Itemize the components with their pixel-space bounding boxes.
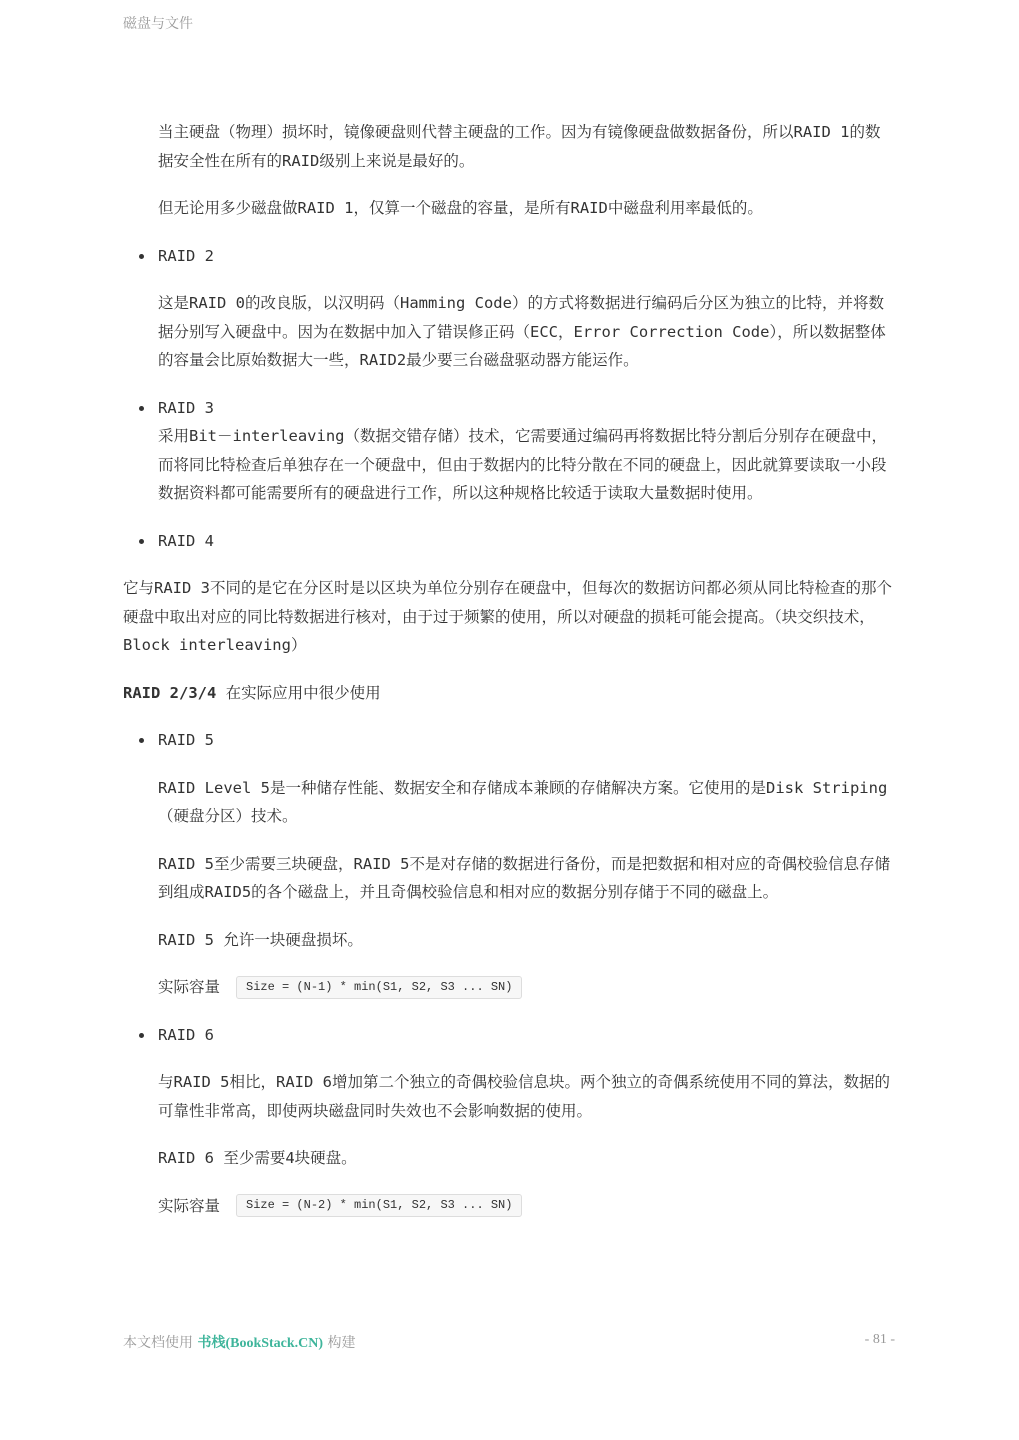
raid1-paragraph-1: 当主硬盘（物理）损坏时，镜像硬盘则代替主硬盘的工作。因为有镜像硬盘做数据备份，所… (158, 118, 895, 175)
list-item-raid4: RAID 4 (158, 527, 895, 556)
raid5-capacity-label: 实际容量 (158, 973, 220, 1002)
raid6-paragraph-2: RAID 6 至少需要4块硬盘。 (158, 1144, 895, 1173)
raid2-paragraph: 这是RAID 0的改良版，以汉明码（Hamming Code）的方式将数据进行编… (158, 289, 895, 375)
page-number: - 81 - (865, 1332, 895, 1348)
footer-credit: 本文档使用 书栈(BookStack.CN) 构建 (123, 1332, 356, 1352)
raid6-capacity-formula: Size = (N-2) * min(S1, S2, S3 ... SN) (236, 1194, 522, 1217)
raid234-note: RAID 2/3/4 在实际应用中很少使用 (123, 679, 895, 708)
raid4-paragraph: 它与RAID 3不同的是它在分区时是以区块为单位分别存在硬盘中，但每次的数据访问… (123, 574, 895, 660)
list-item-raid5: RAID 5 (158, 726, 895, 755)
running-header: 磁盘与文件 (123, 13, 193, 33)
raid6-capacity: 实际容量 Size = (N-2) * min(S1, S2, S3 ... S… (158, 1192, 895, 1221)
raid3-paragraph: 采用Bit－interleaving（数据交错存储）技术，它需要通过编码再将数据… (158, 422, 895, 508)
raid234-note-text: 在实际应用中很少使用 (216, 684, 380, 702)
raid6-capacity-label: 实际容量 (158, 1192, 220, 1221)
raid5-paragraph-3: RAID 5 允许一块硬盘损坏。 (158, 926, 895, 955)
raid5-capacity-formula: Size = (N-1) * min(S1, S2, S3 ... SN) (236, 976, 522, 999)
list-item-raid2: RAID 2 (158, 242, 895, 271)
raid5-paragraph-2: RAID 5至少需要三块硬盘，RAID 5不是对存储的数据进行备份，而是把数据和… (158, 850, 895, 907)
raid5-paragraph-1: RAID Level 5是一种储存性能、数据安全和存储成本兼顾的存储解决方案。它… (158, 774, 895, 831)
raid5-capacity: 实际容量 Size = (N-1) * min(S1, S2, S3 ... S… (158, 973, 895, 1002)
document-body: 当主硬盘（物理）损坏时，镜像硬盘则代替主硬盘的工作。因为有镜像硬盘做数据备份，所… (123, 118, 895, 1239)
footer-prefix: 本文档使用 (123, 1335, 197, 1351)
footer-suffix: 构建 (323, 1335, 355, 1351)
list-item-raid6: RAID 6 (158, 1021, 895, 1050)
raid234-note-bold: RAID 2/3/4 (123, 684, 216, 702)
raid6-paragraph-1: 与RAID 5相比，RAID 6增加第二个独立的奇偶校验信息块。两个独立的奇偶系… (158, 1068, 895, 1125)
raid1-paragraph-2: 但无论用多少磁盘做RAID 1，仅算一个磁盘的容量，是所有RAID中磁盘利用率最… (158, 194, 895, 223)
bookstack-link[interactable]: 书栈(BookStack.CN) (197, 1336, 323, 1351)
list-item-raid3: RAID 3 (158, 394, 895, 423)
